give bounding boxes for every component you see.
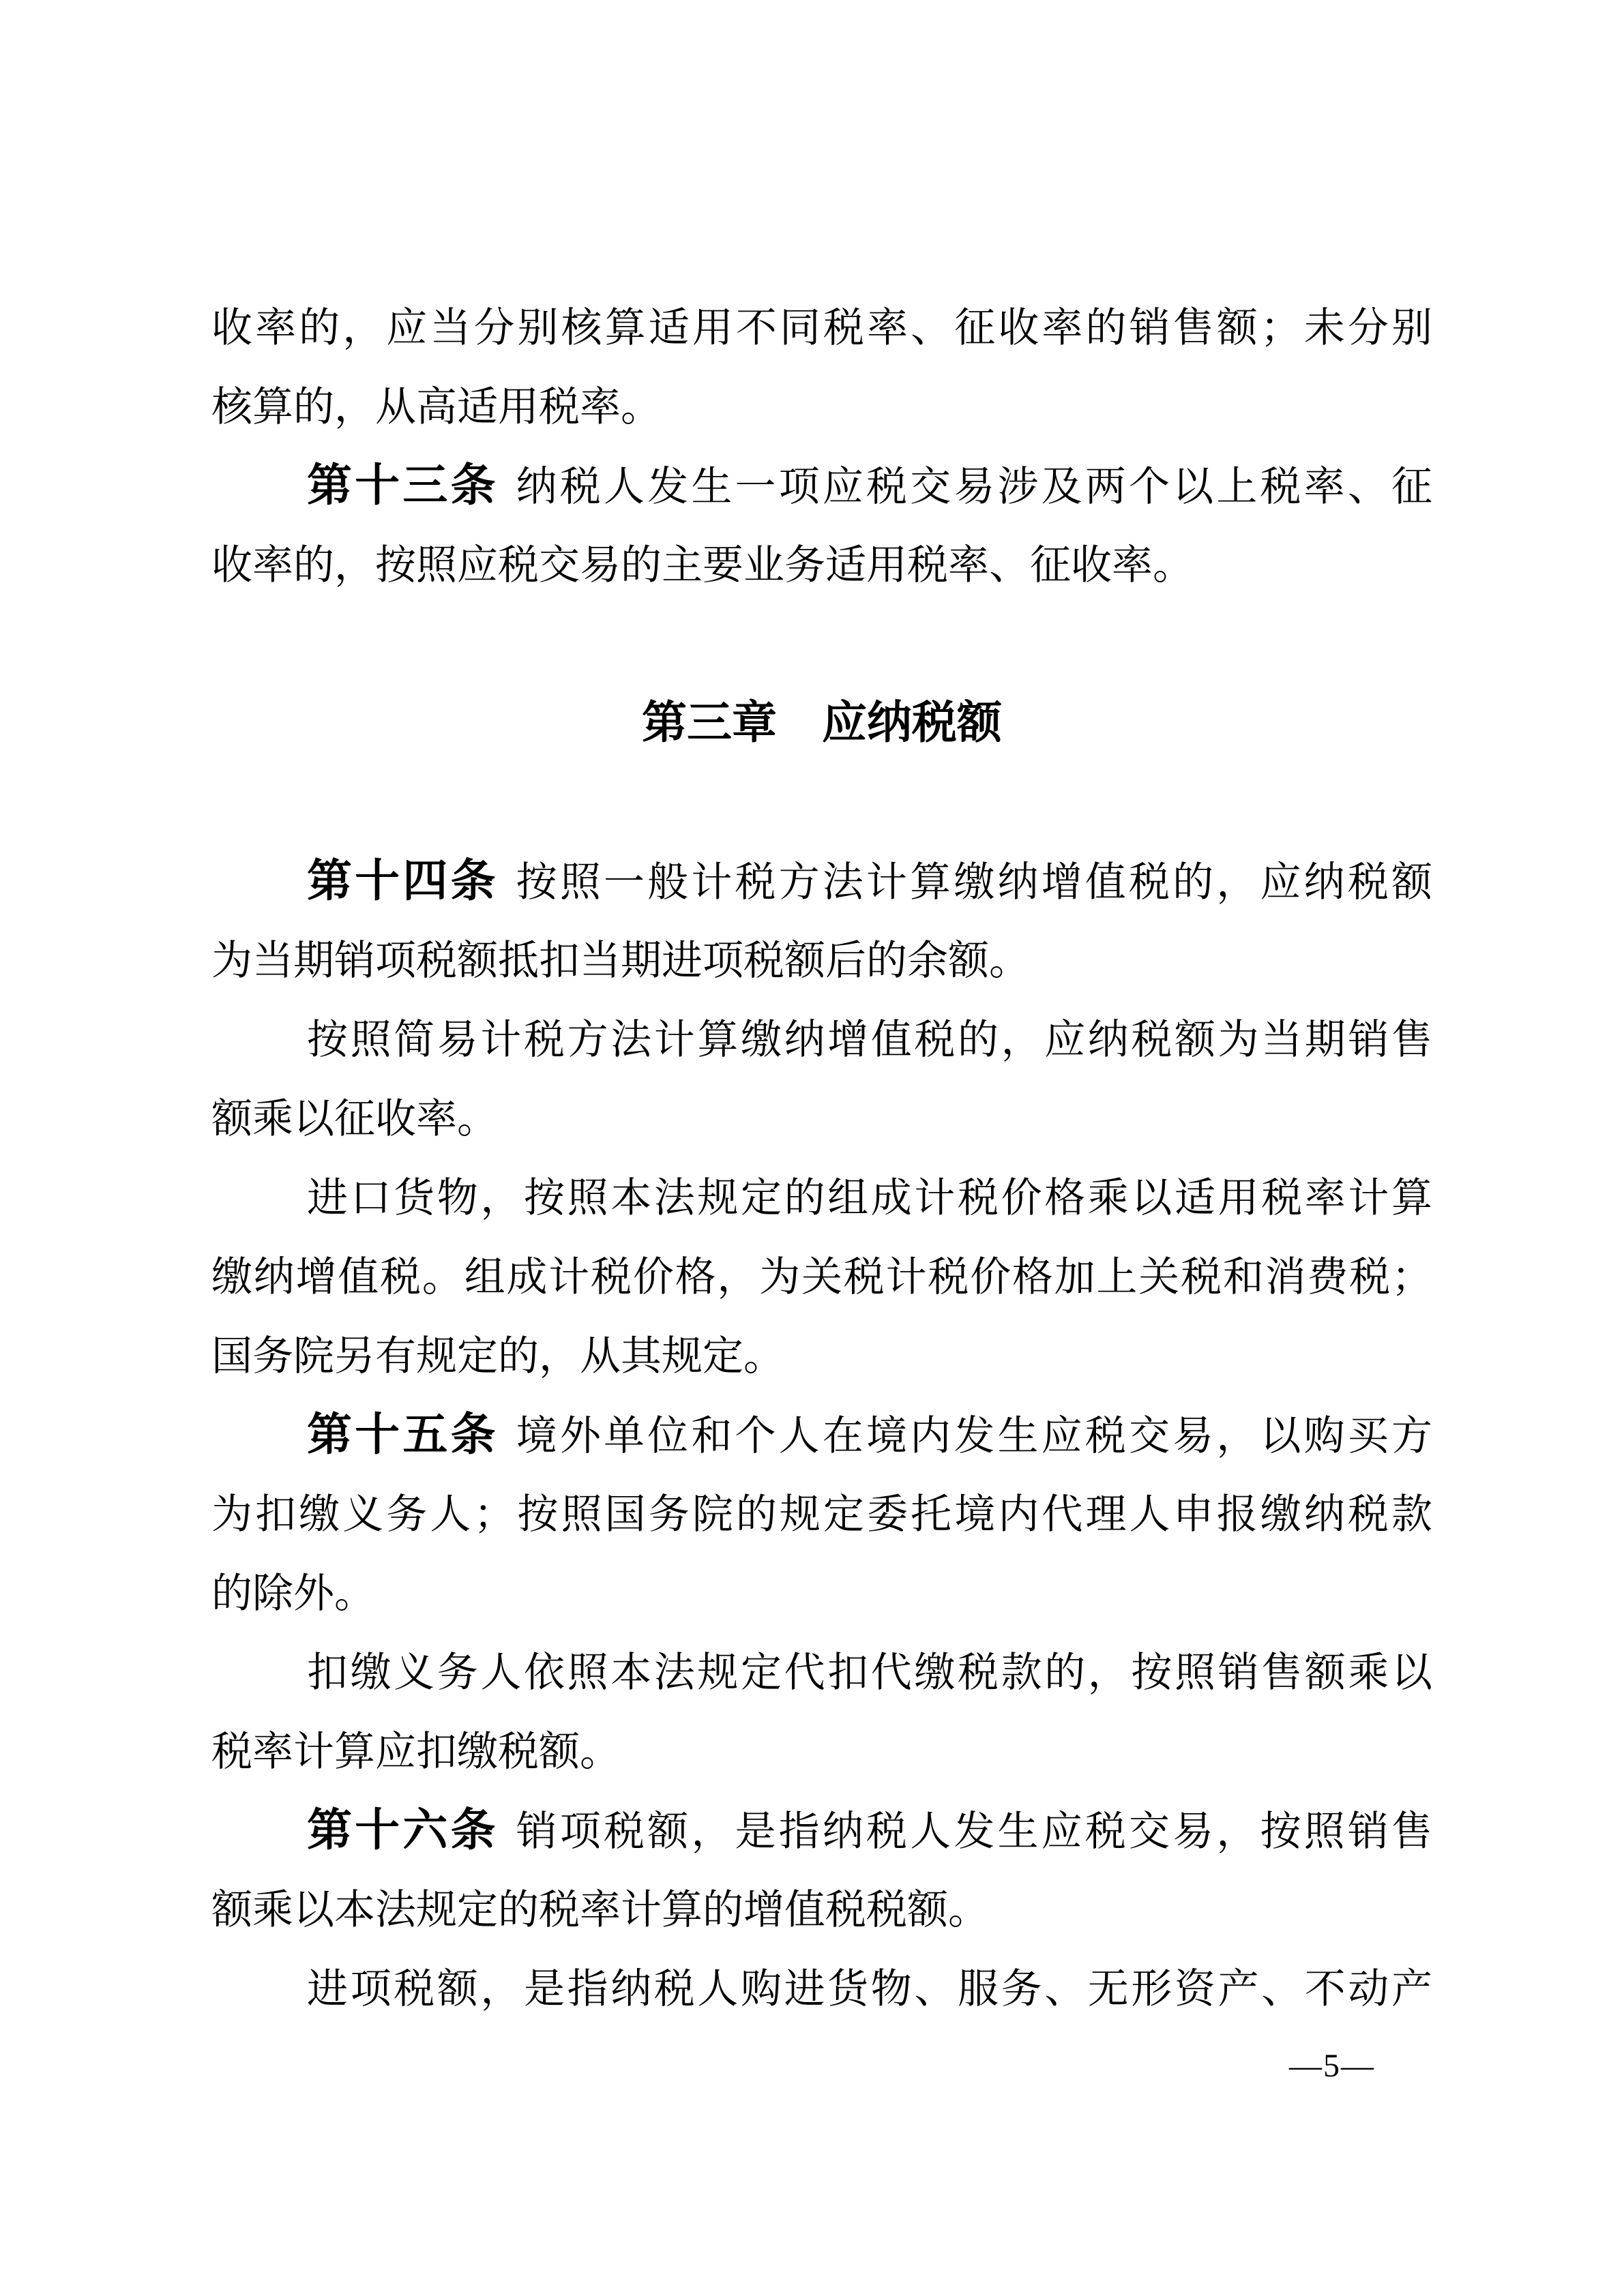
text-line: 核算的，从高适用税率。	[211, 368, 1432, 447]
text-line: 额乘以征收率。	[211, 1079, 1432, 1159]
document-body: 收率的，应当分别核算适用不同税率、征收率的销售额；未分别核算的，从高适用税率。第…	[211, 288, 1432, 2029]
line-text: 的除外。	[211, 1571, 375, 1616]
text-line: 按照简易计税方法计算缴纳增值税的，应纳税额为当期销售	[211, 1000, 1432, 1079]
line-text: 国务院另有规定的，从其规定。	[211, 1334, 784, 1379]
article-number-label: 第十六条	[307, 1806, 499, 1855]
line-text: 为扣缴义务人；按照国务院的规定委托境内代理人申报缴纳税款	[211, 1492, 1432, 1537]
text-line: 扣缴义务人依照本法规定代扣代缴税款的，按照销售额乘以	[211, 1633, 1432, 1712]
chapter-heading: 第三章 应纳税额	[211, 684, 1432, 763]
line-text: 销项税额，是指纳税人发生应税交易，按照销售	[516, 1809, 1432, 1854]
article-number-label: 第十四条	[307, 856, 499, 906]
line-text: 按照一般计税方法计算缴纳增值税的，应纳税额	[516, 860, 1432, 905]
line-text: 收率的，应当分别核算适用不同税率、征收率的销售额；未分别	[211, 305, 1432, 351]
line-text: 纳税人发生一项应税交易涉及两个以上税率、征	[516, 464, 1432, 509]
line-text: 收率的，按照应税交易的主要业务适用税率、征收率。	[211, 543, 1194, 588]
page-number: —5—	[1289, 2047, 1375, 2085]
text-line: 缴纳增值税。组成计税价格，为关税计税价格加上关税和消费税；	[211, 1238, 1432, 1317]
document-page: 收率的，应当分别核算适用不同税率、征收率的销售额；未分别核算的，从高适用税率。第…	[0, 0, 1624, 2296]
text-line: 收率的，按照应税交易的主要业务适用税率、征收率。	[211, 526, 1432, 605]
line-text: 扣缴义务人依照本法规定代扣代缴税款的，按照销售额乘以	[307, 1650, 1432, 1695]
line-text: 缴纳增值税。组成计税价格，为关税计税价格加上关税和消费税；	[211, 1255, 1432, 1300]
text-line: 第十三条纳税人发生一项应税交易涉及两个以上税率、征	[211, 447, 1432, 526]
line-text: 进口货物，按照本法规定的组成计税价格乘以适用税率计算	[307, 1176, 1432, 1221]
line-text: 境外单位和个人在境内发生应税交易，以购买方	[516, 1414, 1432, 1459]
text-line: 国务院另有规定的，从其规定。	[211, 1317, 1432, 1396]
line-text: 为当期销项税额抵扣当期进项税额后的余额。	[211, 938, 1030, 983]
article-number-label: 第十三条	[307, 461, 499, 511]
chapter-heading-text: 第三章 应纳税额	[642, 698, 1002, 748]
line-text: 额乘以征收率。	[211, 1097, 498, 1142]
text-line: 第十五条境外单位和个人在境内发生应税交易，以购买方	[211, 1396, 1432, 1475]
line-text: 进项税额，是指纳税人购进货物、服务、无形资产、不动产	[307, 1967, 1432, 2012]
text-line: 进口货物，按照本法规定的组成计税价格乘以适用税率计算	[211, 1159, 1432, 1238]
text-line: 额乘以本法规定的税率计算的增值税税额。	[211, 1870, 1432, 1950]
text-line: 税率计算应扣缴税额。	[211, 1712, 1432, 1791]
text-line: 收率的，应当分别核算适用不同税率、征收率的销售额；未分别	[211, 288, 1432, 368]
text-line: 为当期销项税额抵扣当期进项税额后的余额。	[211, 921, 1432, 1000]
line-text: 额乘以本法规定的税率计算的增值税税额。	[211, 1888, 989, 1933]
text-line: 第十四条按照一般计税方法计算缴纳增值税的，应纳税额	[211, 842, 1432, 921]
line-text: 税率计算应扣缴税额。	[211, 1729, 621, 1774]
text-line: 进项税额，是指纳税人购进货物、服务、无形资产、不动产	[211, 1950, 1432, 2029]
text-line: 第十六条销项税额，是指纳税人发生应税交易，按照销售	[211, 1791, 1432, 1870]
text-line: 为扣缴义务人；按照国务院的规定委托境内代理人申报缴纳税款	[211, 1475, 1432, 1554]
text-line: 的除外。	[211, 1554, 1432, 1633]
line-text: 按照简易计税方法计算缴纳增值税的，应纳税额为当期销售	[307, 1017, 1432, 1062]
article-number-label: 第十五条	[307, 1410, 499, 1460]
blank-line	[211, 605, 1432, 684]
blank-line	[211, 763, 1432, 842]
line-text: 核算的，从高适用税率。	[211, 385, 662, 430]
